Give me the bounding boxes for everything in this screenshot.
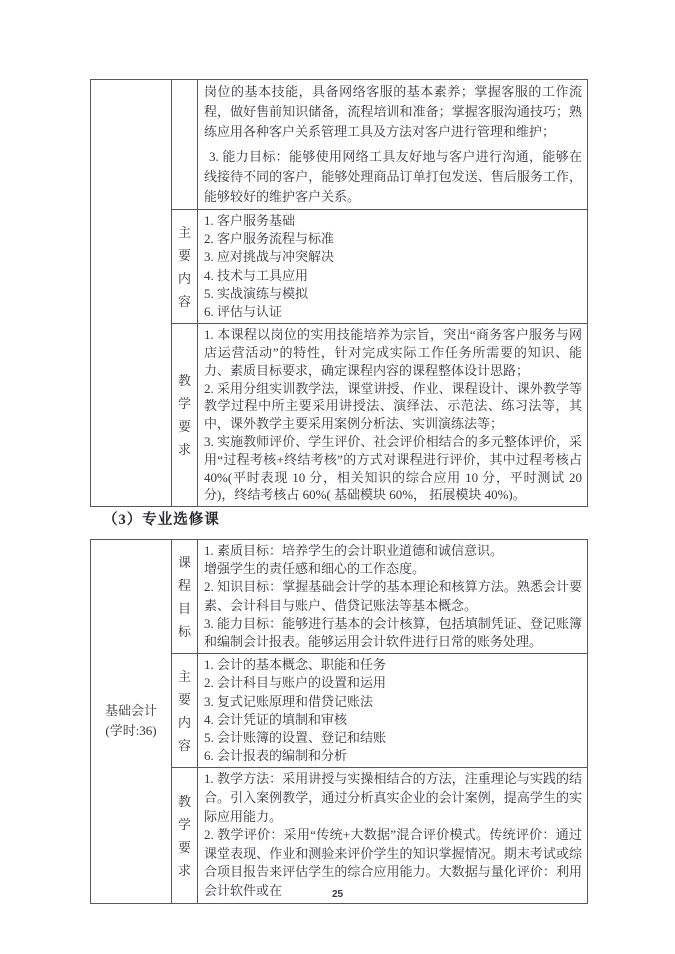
paragraph: 1. 本课程以岗位的实用技能培养为宗旨，突出“商务客户服务与网店运营活动”的特性… (204, 326, 582, 379)
list-item: 6. 评估与认证 (204, 303, 582, 321)
course-goal-continuation-cell: 岗位的基本技能，具备网络客服的基本素养；掌握客服的工作流程，做好售前知识储备，流… (198, 80, 588, 210)
course-name-cell-empty (91, 80, 172, 507)
row-label-main-content: 主要内容 (172, 654, 198, 768)
course-name: 基础会计 (91, 701, 171, 721)
list-item: 4. 技术与工具应用 (204, 267, 582, 285)
paragraph: 2. 采用分组实训教学法，课堂讲授、作业、课程设计、课外教学等教学过程中所主要采… (204, 380, 582, 433)
document-page: 岗位的基本技能，具备网络客服的基本素养；掌握客服的工作流程，做好售前知识储备，流… (0, 0, 675, 954)
main-content-cell: 1. 客户服务基础 2. 客户服务流程与标准 3. 应对挑战与冲突解决 4. 技… (198, 210, 588, 324)
teaching-requirements-cell: 1. 本课程以岗位的实用技能培养为宗旨，突出“商务客户服务与网店运营活动”的特性… (198, 324, 588, 507)
paragraph: 1. 素质目标：培养学生的会计职业道德和诚信意识。 (204, 542, 582, 560)
table-row: 岗位的基本技能，具备网络客服的基本素养；掌握客服的工作流程，做好售前知识储备，流… (91, 80, 588, 210)
row-label-text: 主要内容 (178, 665, 192, 757)
row-label-course-goals: 课程目标 (172, 540, 198, 654)
row-label-main-content: 主要内容 (172, 210, 198, 324)
course-goals-cell: 1. 素质目标：培养学生的会计职业道德和诚信意识。 增强学生的责任感和细心的工作… (198, 540, 588, 654)
paragraph: 1. 教学方法：采用讲授与实操相结合的方法，注重理论与实践的结合。引入案例教学，… (204, 770, 582, 826)
paragraph: 2. 知识目标：掌握基础会计学的基本理论和核算方法。熟悉会计要素、会计科目与账户… (204, 578, 582, 614)
paragraph: 3. 能力目标：能够进行基本的会计核算，包括填制凭证、登记账簿和编制会计报表。能… (204, 615, 582, 651)
list-item: 2. 客户服务流程与标准 (204, 230, 582, 248)
main-content-cell: 1. 会计的基本概念、职能和任务 2. 会计科目与账户的设置和运用 3. 复式记… (198, 654, 588, 768)
row-label-text: 课程目标 (178, 551, 192, 643)
paragraph: 岗位的基本技能，具备网络客服的基本素养；掌握客服的工作流程，做好售前知识储备，流… (204, 82, 582, 142)
course-table-continuation: 岗位的基本技能，具备网络客服的基本素养；掌握客服的工作流程，做好售前知识储备，流… (90, 79, 588, 507)
row-label-text: 教学要求 (178, 369, 192, 461)
row-label-empty (172, 80, 198, 210)
course-name-cell: 基础会计 (学时:36) (91, 540, 172, 904)
list-item: 3. 复式记账原理和借贷记账法 (204, 693, 582, 711)
teaching-requirements-cell: 1. 教学方法：采用讲授与实操相结合的方法，注重理论与实践的结合。引入案例教学，… (198, 768, 588, 903)
list-item: 3. 应对挑战与冲突解决 (204, 248, 582, 266)
list-item: 6. 会计报表的编制和分析 (204, 747, 582, 765)
paragraph: 3. 实施教师评价、学生评价、社会评价相结合的多元整体评价，采用“过程考核+终结… (204, 433, 582, 504)
list-item: 2. 会计科目与账户的设置和运用 (204, 674, 582, 692)
table-row: 基础会计 (学时:36) 课程目标 1. 素质目标：培养学生的会计职业道德和诚信… (91, 540, 588, 654)
row-label-text: 主要内容 (178, 221, 192, 313)
paragraph: 增强学生的责任感和细心的工作态度。 (204, 560, 582, 578)
list-item: 1. 客户服务基础 (204, 212, 582, 230)
list-item: 5. 会计账簿的设置、登记和结账 (204, 729, 582, 747)
row-label-teaching-requirements: 教学要求 (172, 324, 198, 507)
section-heading: （3）专业选修课 (103, 508, 220, 529)
paragraph: 3. 能力目标：能够使用网络工具友好地与客户进行沟通，能够在线接待不同的客户，能… (204, 147, 582, 207)
row-label-text: 教学要求 (178, 790, 192, 882)
course-table-basic-accounting: 基础会计 (学时:36) 课程目标 1. 素质目标：培养学生的会计职业道德和诚信… (90, 539, 588, 904)
list-item: 4. 会计凭证的填制和审核 (204, 711, 582, 729)
page-number: 25 (0, 889, 675, 900)
list-item: 5. 实战演练与模拟 (204, 285, 582, 303)
list-item: 1. 会计的基本概念、职能和任务 (204, 656, 582, 674)
course-hours: (学时:36) (91, 721, 171, 741)
row-label-teaching-requirements: 教学要求 (172, 768, 198, 903)
